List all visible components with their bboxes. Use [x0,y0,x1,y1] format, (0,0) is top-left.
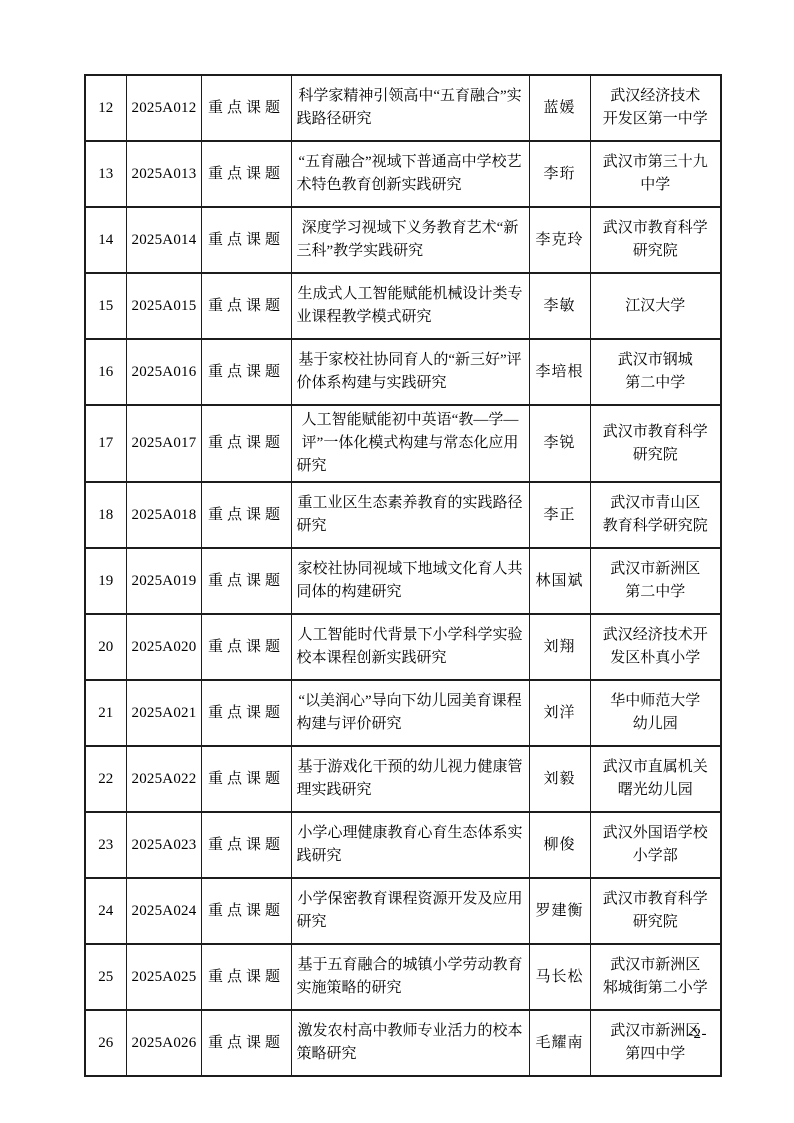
topic-category-cell: 重点课题 [201,1010,291,1076]
row-number-cell: 17 [85,405,126,482]
topic-code-cell: 2025A023 [126,812,201,878]
table-row: 17 2025A017 重点课题 人工智能赋能初中英语“教—学—评”一体化模式构… [85,405,721,482]
topic-leader-cell: 刘翔 [529,614,590,680]
table-row: 16 2025A016 重点课题 基于家校社协同育人的“新三好”评价体系构建与实… [85,339,721,405]
topic-code-cell: 2025A015 [126,273,201,339]
row-number-cell: 19 [85,548,126,614]
topic-category-cell: 重点课题 [201,482,291,548]
topic-category-cell: 重点课题 [201,746,291,812]
topic-org-cell: 武汉经济技术 开发区第一中学 [590,75,721,141]
topic-title-cell: 家校社协同视域下地域文化育人共同体的构建研究 [291,548,529,614]
topic-title-cell: 基于游戏化干预的幼儿视力健康管理实践研究 [291,746,529,812]
row-number-cell: 21 [85,680,126,746]
row-number-cell: 24 [85,878,126,944]
row-number-cell: 25 [85,944,126,1010]
topic-code-cell: 2025A019 [126,548,201,614]
topic-org-cell: 武汉市青山区 教育科学研究院 [590,482,721,548]
topic-leader-cell: 马长松 [529,944,590,1010]
row-number-cell: 15 [85,273,126,339]
table-row: 22 2025A022 重点课题 基于游戏化干预的幼儿视力健康管理实践研究 刘毅… [85,746,721,812]
row-number-cell: 16 [85,339,126,405]
table-row: 20 2025A020 重点课题 人工智能时代背景下小学科学实验校本课程创新实践… [85,614,721,680]
topic-org-cell: 武汉经济技术开 发区朴真小学 [590,614,721,680]
topic-title-cell: “以美润心”导向下幼儿园美育课程构建与评价研究 [291,680,529,746]
topic-org-cell: 武汉外国语学校 小学部 [590,812,721,878]
topic-org-cell: 武汉市教育科学 研究院 [590,405,721,482]
topic-title-cell: 激发农村高中教师专业活力的校本策略研究 [291,1010,529,1076]
table-row: 14 2025A014 重点课题 深度学习视域下义务教育艺术“新三科”教学实践研… [85,207,721,273]
topic-code-cell: 2025A014 [126,207,201,273]
topic-code-cell: 2025A021 [126,680,201,746]
topic-leader-cell: 罗建衡 [529,878,590,944]
topic-org-cell: 武汉市钢城 第二中学 [590,339,721,405]
table-row: 23 2025A023 重点课题 小学心理健康教育心育生态体系实践研究 柳俊 武… [85,812,721,878]
topic-leader-cell: 毛耀南 [529,1010,590,1076]
topic-code-cell: 2025A017 [126,405,201,482]
topic-title-cell: 小学心理健康教育心育生态体系实践研究 [291,812,529,878]
topic-category-cell: 重点课题 [201,878,291,944]
table-row: 21 2025A021 重点课题 “以美润心”导向下幼儿园美育课程构建与评价研究… [85,680,721,746]
table-row: 24 2025A024 重点课题 小学保密教育课程资源开发及应用研究 罗建衡 武… [85,878,721,944]
table-row: 13 2025A013 重点课题 “五育融合”视域下普通高中学校艺术特色教育创新… [85,141,721,207]
topic-org-cell: 江汉大学 [590,273,721,339]
topic-title-cell: 人工智能时代背景下小学科学实验校本课程创新实践研究 [291,614,529,680]
topic-org-cell: 华中师范大学 幼儿园 [590,680,721,746]
topic-leader-cell: 林国斌 [529,548,590,614]
topic-list-table: 12 2025A012 重点课题 科学家精神引领高中“五育融合”实践路径研究 蓝… [84,74,722,1077]
topic-category-cell: 重点课题 [201,207,291,273]
topic-category-cell: 重点课题 [201,812,291,878]
topic-leader-cell: 刘毅 [529,746,590,812]
row-number-cell: 22 [85,746,126,812]
table-row: 25 2025A025 重点课题 基于五育融合的城镇小学劳动教育实施策略的研究 … [85,944,721,1010]
topic-category-cell: 重点课题 [201,273,291,339]
row-number-cell: 12 [85,75,126,141]
row-number-cell: 20 [85,614,126,680]
topic-title-cell: 生成式人工智能赋能机械设计类专业课程教学模式研究 [291,273,529,339]
topic-category-cell: 重点课题 [201,614,291,680]
topic-org-cell: 武汉市第三十九 中学 [590,141,721,207]
page-number: -2- [688,1026,707,1043]
table-row: 15 2025A015 重点课题 生成式人工智能赋能机械设计类专业课程教学模式研… [85,273,721,339]
topic-org-cell: 武汉市新洲区 第二中学 [590,548,721,614]
topic-title-cell: 深度学习视域下义务教育艺术“新三科”教学实践研究 [291,207,529,273]
topic-category-cell: 重点课题 [201,75,291,141]
topic-code-cell: 2025A026 [126,1010,201,1076]
table-row: 19 2025A019 重点课题 家校社协同视域下地域文化育人共同体的构建研究 … [85,548,721,614]
topic-category-cell: 重点课题 [201,680,291,746]
topic-leader-cell: 刘洋 [529,680,590,746]
topic-title-cell: 基于家校社协同育人的“新三好”评价体系构建与实践研究 [291,339,529,405]
topic-leader-cell: 李锐 [529,405,590,482]
topic-title-cell: 人工智能赋能初中英语“教—学—评”一体化模式构建与常态化应用研究 [291,405,529,482]
topic-title-cell: “五育融合”视域下普通高中学校艺术特色教育创新实践研究 [291,141,529,207]
topic-org-cell: 武汉市新洲区 邾城街第二小学 [590,944,721,1010]
topic-code-cell: 2025A016 [126,339,201,405]
topic-leader-cell: 柳俊 [529,812,590,878]
topic-code-cell: 2025A025 [126,944,201,1010]
topic-leader-cell: 李培根 [529,339,590,405]
topic-category-cell: 重点课题 [201,405,291,482]
topic-title-cell: 科学家精神引领高中“五育融合”实践路径研究 [291,75,529,141]
topic-org-cell: 武汉市直属机关 曙光幼儿园 [590,746,721,812]
topic-leader-cell: 李敏 [529,273,590,339]
topic-code-cell: 2025A020 [126,614,201,680]
document-page: 12 2025A012 重点课题 科学家精神引领高中“五育融合”实践路径研究 蓝… [0,0,794,1123]
table-row: 26 2025A026 重点课题 激发农村高中教师专业活力的校本策略研究 毛耀南… [85,1010,721,1076]
topic-code-cell: 2025A024 [126,878,201,944]
table-row: 18 2025A018 重点课题 重工业区生态素养教育的实践路径研究 李正 武汉… [85,482,721,548]
topic-title-cell: 小学保密教育课程资源开发及应用研究 [291,878,529,944]
topic-code-cell: 2025A013 [126,141,201,207]
topic-category-cell: 重点课题 [201,548,291,614]
topic-org-cell: 武汉市教育科学 研究院 [590,878,721,944]
topic-leader-cell: 李珩 [529,141,590,207]
row-number-cell: 23 [85,812,126,878]
topic-leader-cell: 李正 [529,482,590,548]
topic-org-cell: 武汉市新洲区 第四中学 [590,1010,721,1076]
row-number-cell: 18 [85,482,126,548]
row-number-cell: 26 [85,1010,126,1076]
topic-category-cell: 重点课题 [201,141,291,207]
topic-title-cell: 基于五育融合的城镇小学劳动教育实施策略的研究 [291,944,529,1010]
topic-code-cell: 2025A012 [126,75,201,141]
row-number-cell: 13 [85,141,126,207]
topic-code-cell: 2025A022 [126,746,201,812]
topic-code-cell: 2025A018 [126,482,201,548]
topic-leader-cell: 蓝媛 [529,75,590,141]
row-number-cell: 14 [85,207,126,273]
topic-table-body: 12 2025A012 重点课题 科学家精神引领高中“五育融合”实践路径研究 蓝… [85,75,721,1076]
topic-org-cell: 武汉市教育科学 研究院 [590,207,721,273]
table-row: 12 2025A012 重点课题 科学家精神引领高中“五育融合”实践路径研究 蓝… [85,75,721,141]
topic-category-cell: 重点课题 [201,339,291,405]
topic-leader-cell: 李克玲 [529,207,590,273]
topic-category-cell: 重点课题 [201,944,291,1010]
topic-title-cell: 重工业区生态素养教育的实践路径研究 [291,482,529,548]
